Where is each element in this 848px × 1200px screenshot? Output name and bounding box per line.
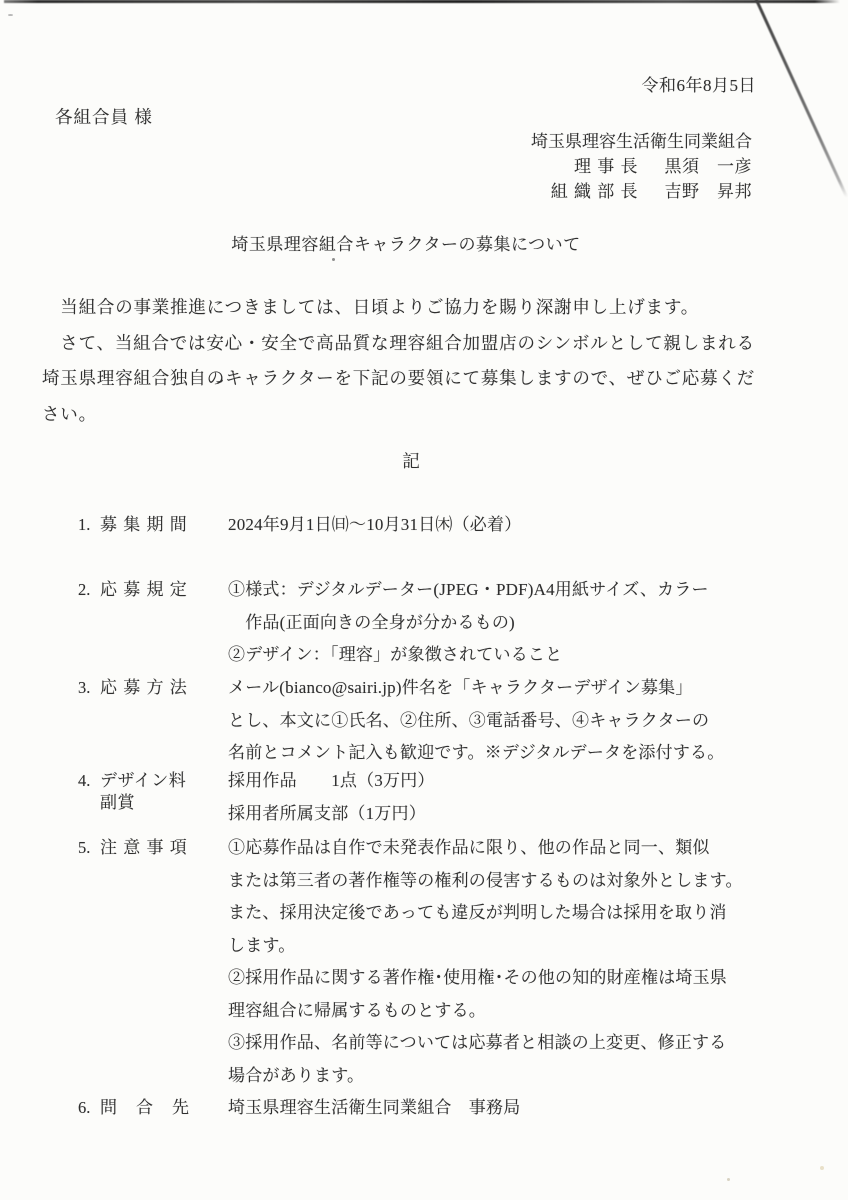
record-marker: 記 xyxy=(0,448,822,473)
item-number: 5. xyxy=(78,832,90,865)
item-number: 3. xyxy=(78,672,90,705)
item-content-line: ③採用作品、名前等については応募者と相談の上変更、修正する xyxy=(228,1027,768,1060)
scanned-letter-page: 令和6年8月5日 各組合員 様 埼玉県理容生活衛生同業組合 理 事 長 黒須 一… xyxy=(0,0,848,1200)
item-number: 1. xyxy=(78,509,90,542)
scan-edge-line xyxy=(4,0,840,3)
item-content-line: します。 xyxy=(228,930,768,963)
item-content-line: とし、本文に①氏名、②住所、③電話番号、④キャラクターの xyxy=(228,705,768,738)
body-line: さて、当組合では安心・安全で高品質な理容組合加盟店のシンボルとして親しまれる xyxy=(42,326,755,362)
body-line: 当組合の事業推進につきましては、日頃よりご協力を賜り深謝申し上げます。 xyxy=(42,290,755,326)
scan-speck xyxy=(727,1178,730,1181)
item-label: 応 募 方 法 xyxy=(100,672,226,705)
officer-line: 理 事 長 黒須 一彦 xyxy=(531,154,752,179)
item-content-line: また、採用決定後であっても違反が判明した場合は採用を取り消 xyxy=(228,897,768,930)
officer-line: 組 織 部 長 吉野 昇邦 xyxy=(531,179,752,204)
officer-name: 黒須 一彦 xyxy=(665,154,753,179)
body-text: 当組合の事業推進につきましては、日頃よりご協力を賜り深謝申し上げます。 さて、当… xyxy=(42,290,755,432)
item-content-line: 理容組合に帰属するものとする。 xyxy=(228,995,768,1028)
item-number: 4. xyxy=(78,765,90,798)
item-content-line: 採用者所属支部（1万円） xyxy=(228,798,768,831)
item-content-line: 採用作品 1点（3万円） xyxy=(228,765,768,798)
scan-speck xyxy=(820,1166,824,1170)
item-content-line: または第三者の著作権等の権利の侵害するものは対象外とします。 xyxy=(228,865,768,898)
item-content-line: ①様式：デジタルデーター(JPEG・PDF)A4用紙サイズ、カラー xyxy=(228,574,768,607)
document-date: 令和6年8月5日 xyxy=(642,71,757,96)
item-content-line: 場合があります。 xyxy=(228,1060,768,1093)
item-content-line: ①応募作品は自作で未発表作品に限り、他の作品と同一、類似 xyxy=(228,832,768,865)
scan-corner-streak xyxy=(753,0,848,198)
item-content: メール(bianco@sairi.jp)件名を「キャラクターデザイン募集」とし、… xyxy=(228,672,768,770)
item-content: ①様式：デジタルデーター(JPEG・PDF)A4用紙サイズ、カラー 作品(正面向… xyxy=(228,574,768,672)
item-content: ①応募作品は自作で未発表作品に限り、他の作品と同一、類似または第三者の著作権等の… xyxy=(228,832,768,1092)
item-content-line: 埼玉県理容生活衛生同業組合 事務局 xyxy=(228,1092,768,1125)
item-number: 2. xyxy=(78,574,90,607)
officer-title: 理 事 長 xyxy=(574,154,639,179)
item-content-line: メール(bianco@sairi.jp)件名を「キャラクターデザイン募集」 xyxy=(228,672,768,705)
scan-speck xyxy=(8,14,13,16)
item-content-line: ②デザイン：「理容」が象徴されていること xyxy=(228,639,768,672)
item-label: 問 合 先 xyxy=(100,1092,226,1125)
item-label: デザイン料 副賞 xyxy=(100,765,226,814)
item-content-line: 作品(正面向きの全身が分かるもの) xyxy=(228,607,768,640)
sender-block: 埼玉県理容生活衛生同業組合 理 事 長 黒須 一彦 組 織 部 長 吉野 昇邦 xyxy=(531,129,752,204)
body-line: 埼玉県理容組合独自のキャラクターを下記の要領にて募集しますので、ぜひご応募くだ xyxy=(42,361,755,397)
item-label: 募 集 期 間 xyxy=(100,509,226,542)
item-content: 2024年9月1日㈰～10月31日㈭（必着） xyxy=(228,509,768,542)
sender-organization: 埼玉県理容生活衛生同業組合 xyxy=(531,129,752,154)
recipient-line: 各組合員 様 xyxy=(55,104,153,129)
scan-speck xyxy=(332,258,335,261)
item-number: 6. xyxy=(78,1092,90,1125)
item-label: 注 意 事 項 xyxy=(100,832,226,865)
officer-title: 組 織 部 長 xyxy=(551,179,639,204)
item-content-line: 2024年9月1日㈰～10月31日㈭（必着） xyxy=(228,509,768,542)
item-content: 採用作品 1点（3万円）採用者所属支部（1万円） xyxy=(228,765,768,830)
item-content-line: ②採用作品に関する著作権･使用権･その他の知的財産権は埼玉県 xyxy=(228,962,768,995)
item-content: 埼玉県理容生活衛生同業組合 事務局 xyxy=(228,1092,768,1125)
item-label: 応 募 規 定 xyxy=(100,574,226,607)
body-line: さい。 xyxy=(42,397,755,433)
officer-name: 吉野 昇邦 xyxy=(665,179,753,204)
document-title: 埼玉県理容組合キャラクターの募集について xyxy=(0,230,812,255)
